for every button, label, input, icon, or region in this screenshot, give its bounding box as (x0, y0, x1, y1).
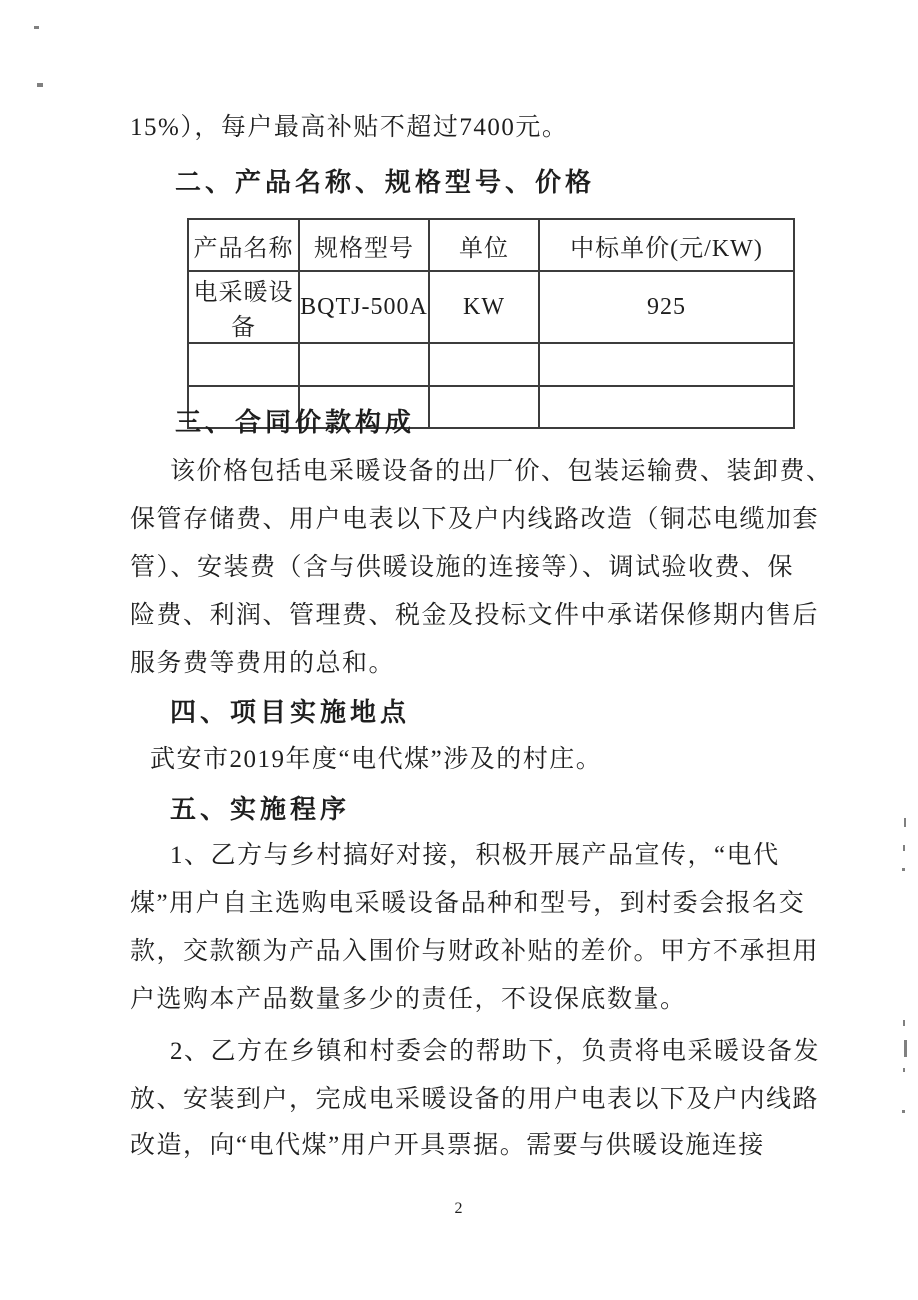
page-number: 2 (0, 1200, 918, 1218)
scan-artifact (902, 868, 905, 871)
product-price-table: 产品名称 规格型号 单位 中标单价(元/KW) 电采暖设备 BQTJ-500A … (187, 218, 795, 429)
scan-artifact (37, 83, 43, 87)
table-row (188, 343, 794, 386)
table-cell-spec-model: BQTJ-500A (299, 271, 429, 343)
intro-line: 15%），每户最高补贴不超过7400元。 (130, 112, 568, 144)
paragraph-line: 户选购本产品数量多少的责任，不设保底数量。 (130, 984, 687, 1016)
table-header-unit: 单位 (429, 219, 539, 271)
paragraph-line: 改造，向“电代煤”用户开具票据。需要与供暖设施连接 (130, 1130, 765, 1162)
paragraph-line: 放、安装到户，完成电采暖设备的用户电表以下及户内线路 (130, 1084, 819, 1116)
paragraph-line: 险费、利润、管理费、税金及投标文件中承诺保修期内售后 (130, 600, 819, 632)
table-header-bid-price: 中标单价(元/KW) (539, 219, 794, 271)
paragraph-line: 款，交款额为产品入围价与财政补贴的差价。甲方不承担用 (130, 936, 819, 968)
paragraph-line: 保管存储费、用户电表以下及户内线路改造（铜芯电缆加套 (130, 504, 819, 536)
table-cell-empty (299, 343, 429, 386)
paragraph-line: 该价格包括电采暖设备的出厂价、包装运输费、装卸费、 (170, 456, 833, 488)
scan-artifact (903, 1068, 905, 1072)
table-header-row: 产品名称 规格型号 单位 中标单价(元/KW) (188, 219, 794, 271)
paragraph-line: 煤”用户自主选购电采暖设备品种和型号，到村委会报名交 (130, 888, 805, 920)
scan-artifact (903, 1020, 905, 1026)
table-cell-product-name: 电采暖设备 (188, 271, 299, 343)
table-header-product-name: 产品名称 (188, 219, 299, 271)
table-cell-unit: KW (429, 271, 539, 343)
section4-heading: 四、项目实施地点 (170, 696, 410, 728)
section2-heading: 二、产品名称、规格型号、价格 (175, 166, 595, 198)
paragraph-line: 管）、安装费（含与供暖设施的连接等）、调试验收费、保 (130, 552, 794, 584)
paragraph-line: 2、乙方在乡镇和村委会的帮助下，负责将电采暖设备发 (170, 1036, 820, 1068)
table-header-spec-model: 规格型号 (299, 219, 429, 271)
table-cell-empty (539, 386, 794, 428)
table-cell-empty (429, 343, 539, 386)
section5-heading: 五、实施程序 (170, 793, 350, 825)
scan-artifact (903, 845, 905, 851)
paragraph-line: 服务费等费用的总和。 (130, 648, 395, 680)
section4-text: 武安市2019年度“电代煤”涉及的村庄。 (150, 744, 602, 776)
section3-heading: 三、合同价款构成 (175, 406, 415, 438)
scanned-document-page: 15%），每户最高补贴不超过7400元。 二、产品名称、规格型号、价格 产品名称… (0, 0, 918, 1300)
scan-artifact (902, 1110, 905, 1113)
table-cell-empty (539, 343, 794, 386)
scan-artifact (904, 1040, 907, 1057)
scan-artifact (904, 818, 906, 827)
scan-artifact (34, 26, 39, 29)
paragraph-line: 1、乙方与乡村搞好对接，积极开展产品宣传，“电代 (170, 840, 780, 872)
table-cell-bid-price: 925 (539, 271, 794, 343)
table-cell-empty (188, 343, 299, 386)
table-row: 电采暖设备 BQTJ-500A KW 925 (188, 271, 794, 343)
table-cell-empty (429, 386, 539, 428)
